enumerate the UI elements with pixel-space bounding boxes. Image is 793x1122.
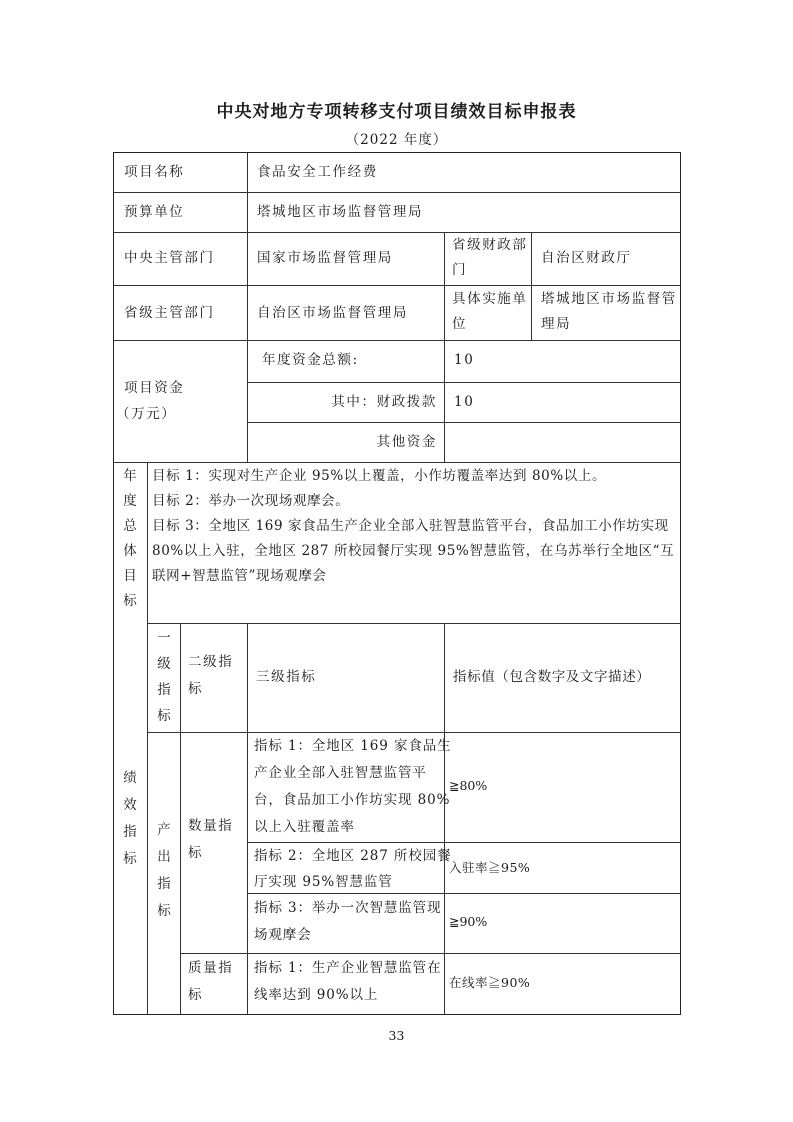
annual-goals-text: 目标 1：实现对生产企业 95%以上覆盖，小作坊覆盖率达到 80%以上。 目标 … xyxy=(152,464,674,589)
provincial-finance-value: 自治区财政厅 xyxy=(541,245,632,272)
col-divider xyxy=(147,462,148,1014)
row-divider xyxy=(247,422,680,423)
implementing-unit-label: 具体实施单位 xyxy=(452,287,530,337)
row-divider xyxy=(147,623,680,624)
funds-fiscal-value: 10 xyxy=(454,389,474,416)
document-title: 中央对地方专项转移支付项目绩效目标申报表 xyxy=(0,97,793,122)
header-level2: 二级指 标 xyxy=(188,649,233,703)
implementing-unit-value: 塔城地区市场监督管理局 xyxy=(541,287,679,337)
row-divider xyxy=(114,462,680,463)
document-year: （2022 年度） xyxy=(0,128,793,148)
annual-goals-label: 年 度 总 体 目 标 xyxy=(120,464,140,614)
col-divider xyxy=(180,623,181,1014)
performance-goal-table: 项目名称 食品安全工作经费 预算单位 塔城地区市场监督管理局 中央主管部门 国家… xyxy=(113,152,681,1015)
project-name-label: 项目名称 xyxy=(124,159,184,186)
performance-indicators-label: 绩 效 指 标 xyxy=(120,765,140,873)
funds-unit-label: （万元） xyxy=(116,401,176,428)
header-level1: 一 级 指 标 xyxy=(154,625,174,729)
project-name-value: 食品安全工作经费 xyxy=(257,159,378,186)
funds-total-value: 10 xyxy=(454,347,474,374)
funds-other-label: 其他资金 xyxy=(247,429,437,456)
quality-indicator-label: 质量指 标 xyxy=(188,955,233,1009)
goal-line: 目标 1：实现对生产企业 95%以上覆盖，小作坊覆盖率达到 80%以上。 xyxy=(152,464,674,489)
central-dept-value: 国家市场监督管理局 xyxy=(257,245,393,272)
budget-unit-label: 预算单位 xyxy=(124,199,184,226)
row-divider xyxy=(114,232,680,233)
row-divider xyxy=(180,953,680,954)
funds-total-label: 年度资金总额: xyxy=(262,347,359,374)
goal-line: 80%以上入驻，全地区 287 所校园餐厅实现 95%智慧监管，在乌苏举行全地区… xyxy=(152,539,674,564)
page-number: 33 xyxy=(0,1028,793,1043)
quantity-item-3-value: ≧90% xyxy=(449,908,487,935)
quantity-item-3: 指标 3：举办一次智慧监管现 场观摩会 xyxy=(254,895,441,949)
col-divider xyxy=(247,623,248,1014)
quantity-indicator-label: 数量指 标 xyxy=(188,813,233,867)
central-dept-label: 中央主管部门 xyxy=(124,245,215,272)
goal-line: 联网+智慧监管”现场观摩会 xyxy=(152,564,674,589)
quantity-item-1-value: ≧80% xyxy=(449,772,487,799)
quantity-item-1: 指标 1：全地区 169 家食品生 产企业全部入驻智慧监管平 台，食品加工小作坊… xyxy=(254,733,452,841)
quantity-item-2: 指标 2：全地区 287 所校园餐 厅实现 95%智慧监管 xyxy=(254,843,452,895)
goal-line: 目标 2：举办一次现场观摩会。 xyxy=(152,489,674,514)
col-divider xyxy=(444,232,445,340)
provincial-dept-value: 自治区市场监督管理局 xyxy=(257,300,408,327)
row-divider xyxy=(114,192,680,193)
header-value: 指标值（包含数字及文字描述） xyxy=(453,664,650,691)
provincial-dept-label: 省级主管部门 xyxy=(124,300,215,327)
budget-unit-value: 塔城地区市场监督管理局 xyxy=(257,199,423,226)
row-divider xyxy=(247,382,680,383)
col-divider xyxy=(531,232,532,340)
provincial-finance-label: 省级财政部门 xyxy=(452,233,530,283)
quantity-item-2-value: 入驻率≧95% xyxy=(449,854,530,881)
funds-fiscal-label: 其中：财政拨款 xyxy=(247,389,437,416)
row-divider xyxy=(114,285,680,286)
goal-line: 目标 3：全地区 169 家食品生产企业全部入驻智慧监管平台，食品加工小作坊实现 xyxy=(152,514,674,539)
quality-item-1-value: 在线率≧90% xyxy=(449,969,530,996)
funds-label: 项目资金 xyxy=(124,375,184,402)
level1-output-label: 产 出 指 标 xyxy=(154,817,174,925)
col-divider xyxy=(444,340,445,462)
header-level3: 三级指标 xyxy=(256,664,316,691)
row-divider xyxy=(114,340,680,341)
quality-item-1: 指标 1：生产企业智慧监管在 线率达到 90%以上 xyxy=(254,955,441,1009)
